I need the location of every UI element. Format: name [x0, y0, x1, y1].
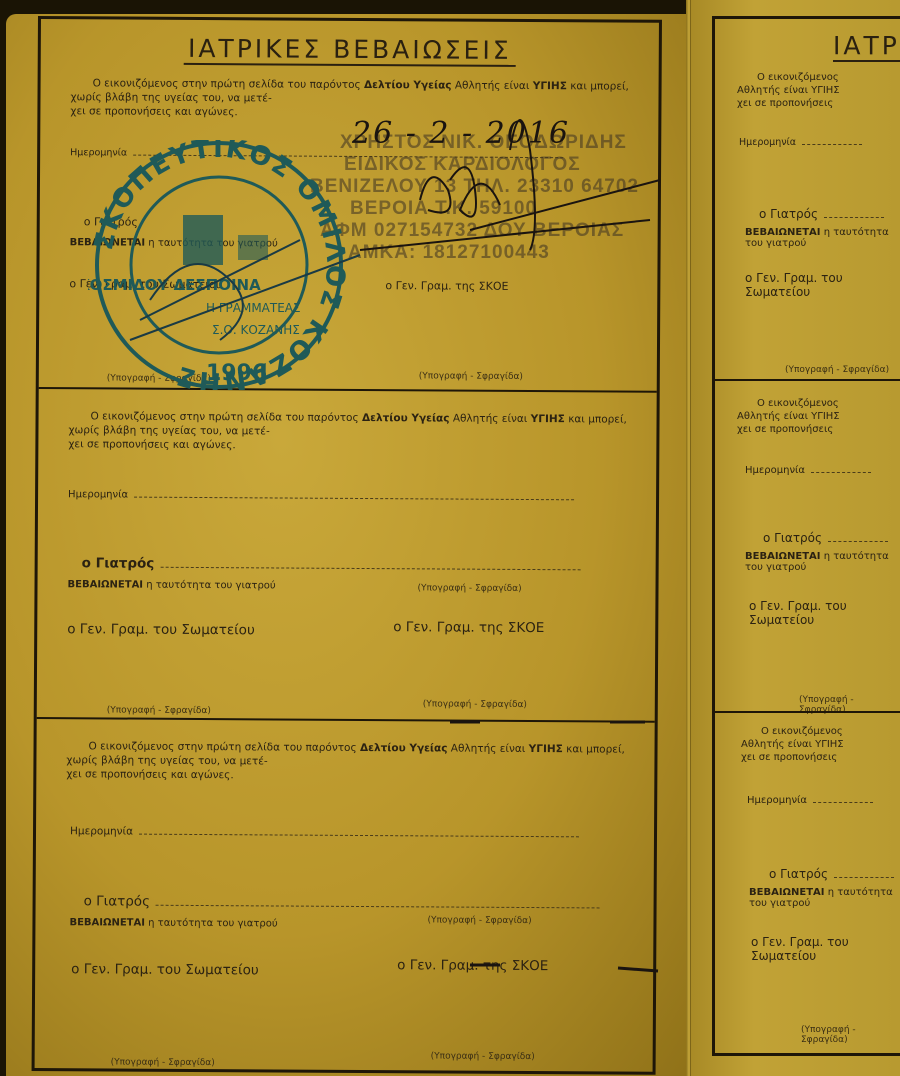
svg-text:Η ΓΡΑΜΜΑΤΕΑΣ: Η ΓΡΑΜΜΑΤΕΑΣ	[206, 301, 301, 315]
signature-seal-label: (Υπογραφή - Σφραγίδα)	[419, 371, 523, 382]
signature-seal-label: (Υπογραφή - Σφραγίδα)	[107, 705, 211, 716]
confirm-identity-text: ΒΕΒΑΙΩΝΕΤΑΙ η ταυτότητα του γιατρού	[67, 579, 275, 591]
date-field[interactable]: Ημερομηνία	[739, 137, 862, 148]
right-page-title: ΙΑΤΡ	[833, 31, 900, 62]
date-field[interactable]: Ημερομηνία	[68, 489, 574, 503]
club-secretary-label: ο Γεν. Γραμ. του Σωματείου	[745, 271, 900, 299]
confirm-identity-text: ΒΕΒΑΙΩΝΕΤΑΙ η ταυτότητα του γιατρού	[745, 551, 900, 573]
certificate-text: Ο εικονιζόμενος Αθλητής είναι ΥΓΙΗΣ χει …	[715, 71, 840, 110]
doctor-field[interactable]: ο Γιατρός	[763, 531, 888, 545]
signature-seal-label: (Υπογραφή - Σφραγίδα)	[785, 365, 889, 375]
signature-seal-label: (Υπογραφή - Σφραγίδα)	[431, 1051, 535, 1062]
handwritten-date: 26 - 2 - 2016	[352, 116, 570, 151]
confirm-identity-text: ΒΕΒΑΙΩΝΕΤΑΙ η ταυτότητα του γιατρού	[749, 887, 900, 909]
signature-seal-label: (Υπογραφή - Σφραγίδα)	[801, 1025, 900, 1045]
confirm-identity-text: ΒΕΒΑΙΩΝΕΤΑΙ η ταυτότητα του γιατρού	[69, 917, 277, 929]
certificate-text: Ο εικονιζόμενος στην πρώτη σελίδα του πα…	[68, 409, 632, 454]
skoe-secretary-label: ο Γεν. Γραμ. της ΣΚΟΕ	[385, 279, 508, 293]
certificate-section-2: Ο εικονιζόμενος στην πρώτη σελίδα του πα…	[37, 389, 657, 723]
svg-text:Σ.Ο. ΚΟΖΑΝΗΣ: Σ.Ο. ΚΟΖΑΝΗΣ	[212, 323, 300, 337]
certificate-text: Ο εικονιζόμενος στην πρώτη σελίδα του πα…	[70, 76, 634, 121]
page-title: ΙΑΤΡΙΚΕΣ ΒΕΒΑΙΩΣΕΙΣ	[41, 33, 659, 66]
doctor-field[interactable]: ο Γιατρός	[759, 207, 884, 221]
signature-seal-label: (Υπογραφή - Σφραγίδα)	[427, 915, 531, 926]
skoe-secretary-label: ο Γεν. Γραμ. της ΣΚΟΕ	[397, 957, 548, 974]
doctor-stamp: ΧΡΗΣΤΟΣ ΝΙΚ. ΘΕΟΔΩΡΙΔΗΣ ΕΙΔΙΚΟΣ ΚΑΡΔΙΟΛΟ…	[310, 132, 660, 264]
date-field[interactable]: Ημερομηνία	[745, 465, 871, 476]
doctor-field[interactable]: ο Γιατρός	[82, 555, 581, 574]
signature-seal-label: (Υπογραφή - Σφραγίδα)	[423, 699, 527, 710]
svg-text:1996: 1996	[206, 361, 267, 386]
club-secretary-label: ο Γεν. Γραμ. του Σωματείου	[71, 961, 259, 978]
signature-seal-label: (Υπογραφή - Σφραγίδα)	[417, 583, 521, 594]
signature-seal-label: (Υπογραφή - Σφραγίδα)	[111, 1057, 215, 1068]
svg-text:ΚΟΣΜΙΔΟΥ ΔΕΣΠΟΙΝΑ: ΚΟΣΜΙΔΟΥ ΔΕΣΠΟΙΝΑ	[88, 276, 261, 294]
doctor-field[interactable]: ο Γιατρός	[84, 893, 601, 912]
certificate-text: Ο εικονιζόμενος Αθλητής είναι ΥΓΙΗΣ χει …	[719, 725, 844, 764]
club-secretary-label: ο Γεν. Γραμ. του Σωματείου	[67, 621, 255, 638]
certificate-text: Ο εικονιζόμενος στην πρώτη σελίδα του πα…	[66, 739, 630, 784]
club-secretary-label: ο Γεν. Γραμ. του Σωματείου	[749, 599, 900, 627]
certificate-text: Ο εικονιζόμενος Αθλητής είναι ΥΓΙΗΣ χει …	[715, 397, 840, 436]
club-stamp: ΣΚΟΠΕΥΤΙΚΟΣ ΟΜΙΛΟΣ ΚΟΖΑΝΗΣ 1996 ΚΟΣΜΙΔΟΥ…	[88, 140, 350, 390]
date-field[interactable]: Ημερομηνία	[70, 825, 579, 840]
certificate-section-3: Ο εικονιζόμενος στην πρώτη σελίδα του πα…	[35, 719, 655, 1075]
skoe-secretary-label: ο Γεν. Γραμ. της ΣΚΟΕ	[393, 619, 544, 636]
date-field[interactable]: Ημερομηνία	[747, 795, 873, 806]
doctor-field[interactable]: ο Γιατρός	[769, 867, 894, 881]
confirm-identity-text: ΒΕΒΑΙΩΝΕΤΑΙ η ταυτότητα του γιατρού	[745, 227, 900, 249]
certificates-frame-right: ΙΑΤΡ Ο εικονιζόμενος Αθλητής είναι ΥΓΙΗΣ…	[712, 16, 900, 1056]
club-secretary-label: ο Γεν. Γραμ. του Σωματείου	[751, 935, 900, 963]
